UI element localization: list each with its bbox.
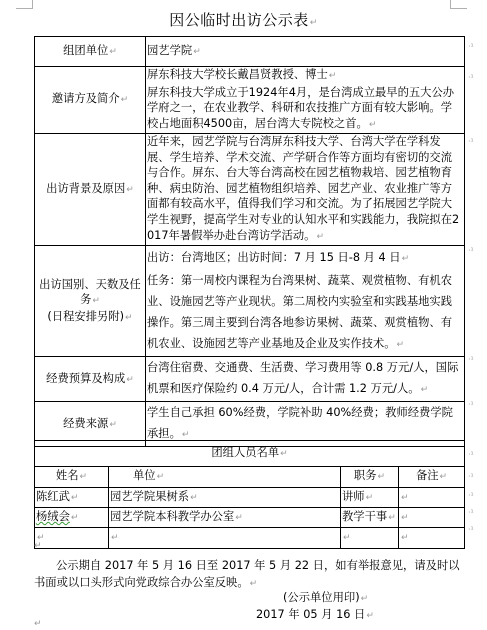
paragraph-mark-icon: ↵ — [401, 493, 409, 503]
member-row-empty: ↵ ↵ ↵ ↵ — [35, 528, 465, 548]
paragraph-mark-icon: ↵ — [388, 513, 396, 523]
notice-paragraph: 公示期自 2017 年 5 月 16 日至 2017 年 5 月 22 日，如有… — [34, 557, 464, 593]
member-name[interactable]: 杨绒会↵ — [35, 508, 109, 528]
paragraph-mark-icon: ↵ — [157, 472, 165, 482]
document-title: 因公临时出访公示表↵ — [0, 9, 487, 30]
row-budget: 经费预算及构成↵ 台湾住宿费、交通费、生活费、学习费用等 0.8 万元/人，国际… — [35, 357, 465, 402]
info-table: 组团单位↵ 园艺学院↵ 邀请方及简介↵ 屏东科技大学校长戴昌贤教授、博士↵屏东科… — [34, 36, 465, 447]
paragraph-mark-icon: ↵ — [250, 579, 258, 589]
paragraph-mark-icon: ↵ — [421, 385, 429, 395]
member-note[interactable]: ↵ — [399, 528, 465, 548]
row-organizer: 组团单位↵ 园艺学院↵ — [35, 37, 465, 67]
label-destination-tasks: 出访国别、天数及任务↵(日程安排另附)↵ — [35, 246, 146, 357]
row-end-mark-icon: ·¹ — [468, 246, 474, 255]
col-header-unit: 单位↵ — [109, 467, 341, 488]
value-inviter[interactable]: 屏东科技大学校长戴昌贤教授、博士↵屏东科技大学成立于1924年4月，是台湾成立最… — [146, 67, 465, 134]
member-unit[interactable]: 园艺学院本科教学办公室↵ — [109, 508, 341, 528]
paragraph-mark-icon: ↵ — [190, 493, 198, 503]
page-corner-mark-top-left — [16, 0, 33, 9]
paragraph-mark-icon: ↵ — [310, 18, 318, 28]
paragraph-mark-icon: ↵ — [92, 296, 100, 306]
member-name[interactable]: 陈红武↵ — [35, 488, 109, 508]
row-end-mark-icon: ·¹ — [468, 355, 474, 364]
paragraph-mark-icon: ↵ — [71, 513, 79, 523]
paragraph-mark-icon: ↵ — [316, 232, 324, 242]
value-background[interactable]: 近年来，园艺学院与台湾屏东科技大学、台湾大学在学科发展、学生培养、学术交流、产学… — [146, 134, 465, 246]
member-position[interactable]: ↵ — [341, 528, 399, 548]
paragraph-mark-icon: ↵ — [366, 611, 374, 621]
members-column-headers: 姓名↵ 单位↵ 职务↵ 备注↵ — [35, 467, 465, 488]
row-destination-tasks: 出访国别、天数及任务↵(日程安排另附)↵ 出访：台湾地区；出访时间：7 月 15… — [35, 246, 465, 357]
paragraph-mark-icon: ↵ — [401, 513, 409, 523]
member-note[interactable]: ↵ — [399, 488, 465, 508]
paragraph-mark-icon: ↵ — [121, 95, 129, 105]
label-background: 出访背景及原因↵ — [35, 134, 146, 246]
notice-date: 2017 年 05 月 16 日↵ — [256, 606, 374, 622]
paragraph-mark-icon: ↵ — [126, 185, 134, 195]
label-budget: 经费预算及构成↵ — [35, 357, 146, 402]
paragraph-mark-icon: ↵ — [402, 254, 410, 264]
paragraph-mark-icon: ↵ — [401, 533, 409, 543]
paragraph-mark-icon: ↵ — [378, 472, 386, 482]
paragraph-mark-icon: ↵ — [126, 375, 134, 385]
paragraph-mark-icon: ↵ — [111, 533, 119, 543]
member-position[interactable]: 教学干事↵ — [341, 508, 399, 528]
paragraph-mark-icon: ↵ — [280, 449, 288, 459]
row-end-mark-icon: ·¹ — [468, 137, 474, 146]
paragraph-mark-icon: ↵ — [34, 619, 42, 629]
members-table: 团组人员名单↵ 姓名↵ 单位↵ 职务↵ 备注↵ 陈红武↵ 园艺学院果树系↵ 讲师… — [34, 440, 465, 549]
paragraph-mark-icon: ↵ — [440, 472, 448, 482]
paragraph-mark-icon: ↵ — [343, 533, 351, 543]
paragraph-mark-icon: ↵ — [71, 493, 79, 503]
paragraph-mark-icon: ↵ — [182, 430, 190, 440]
paragraph-mark-icon: ↵ — [369, 120, 377, 130]
paragraph-mark-icon: ↵ — [193, 47, 201, 57]
paragraph-mark-icon: ↵ — [397, 340, 405, 350]
row-end-mark-icon: ·¹ — [468, 400, 474, 409]
paragraph-mark-icon: ↵ — [366, 493, 374, 503]
paragraph-mark-icon: ↵ — [235, 513, 243, 523]
label-inviter: 邀请方及简介↵ — [35, 67, 146, 134]
paragraph-mark-icon: ↵ — [125, 313, 133, 323]
member-unit[interactable]: ↵ — [109, 528, 341, 548]
row-end-mark-icon: ·¹ — [468, 472, 474, 481]
member-unit[interactable]: 园艺学院果树系↵ — [109, 488, 341, 508]
value-budget[interactable]: 台湾住宿费、交通费、生活费、学习费用等 0.8 万元/人，国际机票和医疗保险约 … — [146, 357, 465, 402]
row-end-mark-icon: ·¹ — [468, 73, 474, 82]
row-end-mark-icon: ·¹ — [468, 525, 474, 534]
row-end-mark-icon: ·¹ — [468, 508, 474, 517]
col-header-position: 职务↵ — [341, 467, 399, 488]
notice-text: 公示期自 2017 年 5 月 16 日至 2017 年 5 月 22 日，如有… — [34, 559, 460, 589]
title-text: 因公临时出访公示表 — [169, 11, 309, 29]
seal-note: (公示单位用印)↵ — [283, 589, 368, 605]
col-header-note: 备注↵ — [399, 467, 465, 488]
page-corner-mark-top-right — [450, 0, 467, 9]
member-position[interactable]: 讲师↵ — [341, 488, 399, 508]
member-note[interactable]: ↵ — [399, 508, 465, 528]
paragraph-mark-icon: ↵ — [361, 594, 369, 604]
member-row: 杨绒会↵ 园艺学院本科教学办公室↵ 教学干事↵ ↵ — [35, 508, 465, 528]
row-end-mark-icon: ·¹ — [468, 42, 474, 51]
paragraph-mark-icon: ↵ — [109, 47, 117, 57]
label-organizer: 组团单位↵ — [35, 37, 146, 67]
row-end-mark-icon: ·¹ — [468, 450, 474, 459]
row-background: 出访背景及原因↵ 近年来，园艺学院与台湾屏东科技大学、台湾大学在学科发展、学生培… — [35, 134, 465, 246]
members-heading: 团组人员名单↵ — [35, 441, 465, 467]
row-inviter: 邀请方及简介↵ 屏东科技大学校长戴昌贤教授、博士↵屏东科技大学成立于1924年4… — [35, 67, 465, 134]
members-heading-row: 团组人员名单↵ — [35, 441, 465, 467]
member-name[interactable]: ↵ — [35, 528, 109, 548]
paragraph-mark-icon: ↵ — [109, 420, 117, 430]
value-organizer[interactable]: 园艺学院↵ — [146, 37, 465, 67]
value-destination-tasks[interactable]: 出访：台湾地区；出访时间：7 月 15 日-8 月 4 日↵任务：第一周校内课程… — [146, 246, 465, 357]
paragraph-mark-icon: ↵ — [329, 71, 337, 81]
row-end-mark-icon: ·¹ — [468, 491, 474, 500]
paragraph-mark-icon: ↵ — [34, 541, 42, 551]
col-header-name: 姓名↵ — [35, 467, 109, 488]
paragraph-mark-icon: ↵ — [80, 472, 88, 482]
member-row: 陈红武↵ 园艺学院果树系↵ 讲师↵ ↵ — [35, 488, 465, 508]
